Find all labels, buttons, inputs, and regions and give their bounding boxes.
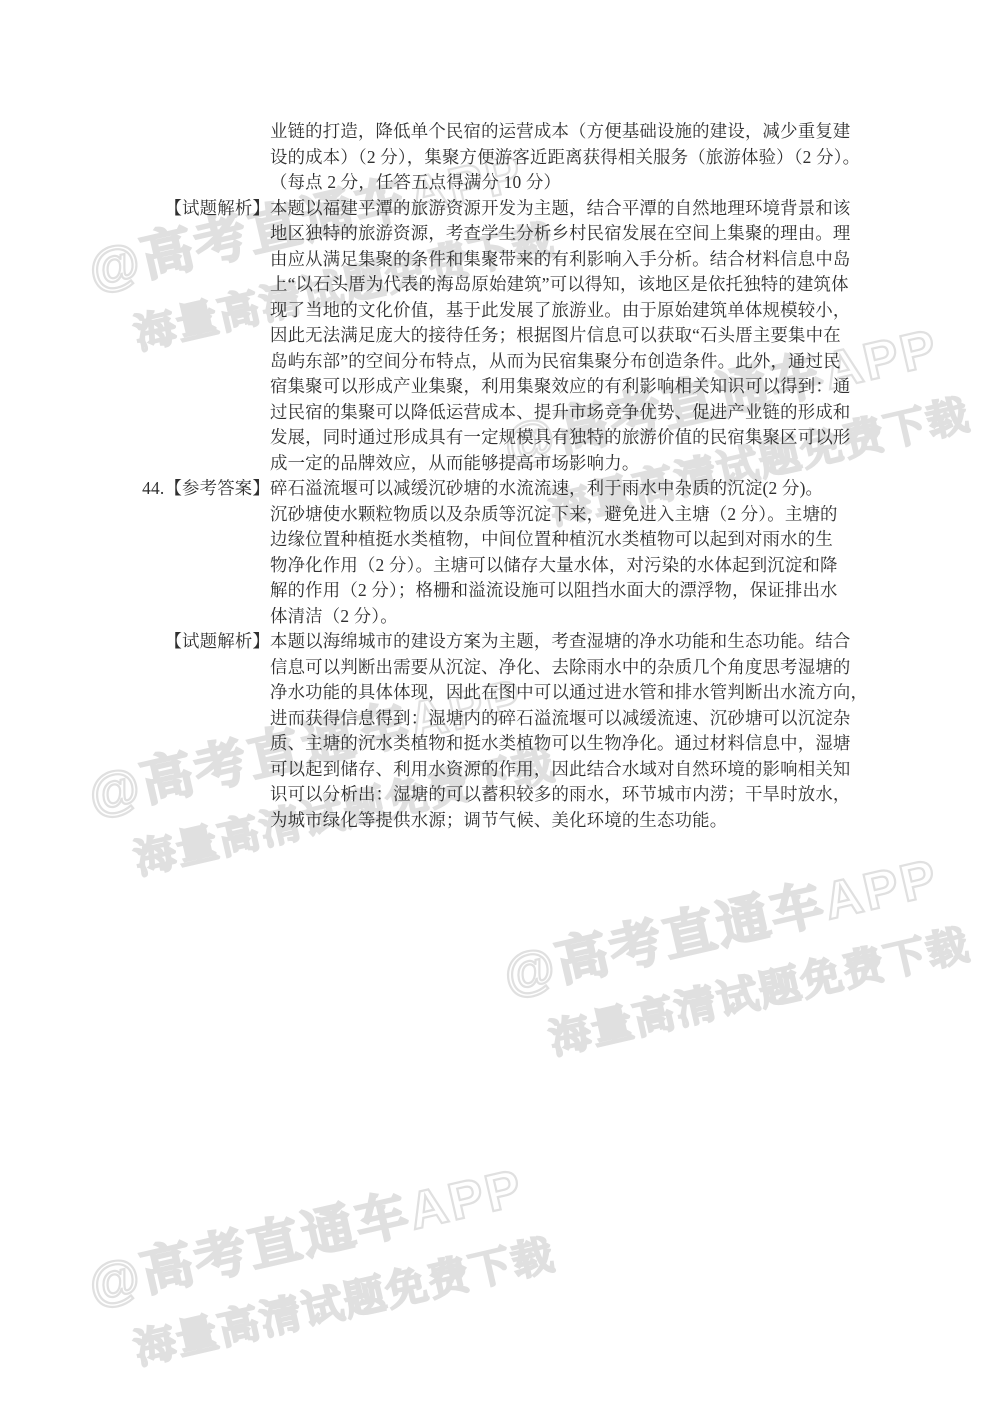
answer-section: 44.【参考答案】碎石溢流堰可以减缓沉砂塘的水流流速，利于雨水中杂质的沉淀(2 … xyxy=(0,476,1000,629)
text-line: 地区独特的旅游资源，考查学生分析乡村民宿发展在空间上集聚的理由。理 xyxy=(270,221,1000,247)
answer-sheet: 业链的打造，降低单个民宿的运营成本（方便基础设施的建设，减少重复建设的成本）（2… xyxy=(0,119,1000,833)
text-line: 设的成本）（2 分），集聚方便游客近距离获得相关服务（旅游体验）（2 分）。 xyxy=(270,145,1000,171)
text-line: 体清洁（2 分）。 xyxy=(270,604,1000,630)
text-line: 由应从满足集聚的条件和集聚带来的有利影响入手分析。结合材料信息中岛 xyxy=(270,247,1000,273)
text-line: 因此无法满足庞大的接待任务；根据图片信息可以获取“石头厝主要集中在 xyxy=(270,323,1000,349)
answer-section: 【试题解析】本题以海绵城市的建设方案为主题，考查湿塘的净水功能和生态功能。结合信… xyxy=(0,629,1000,833)
line-text: 本题以海绵城市的建设方案为主题，考查湿塘的净水功能和生态功能。结合 xyxy=(270,631,851,651)
text-line: 识可以分析出：湿塘的可以蓄积较多的雨水，环节城市内涝；干旱时放水， xyxy=(270,782,1000,808)
watermark: @高考直通车APP海量高清试题免费下载 xyxy=(80,1142,560,1383)
watermark-line2: 海量高清试题免费下载 xyxy=(543,911,975,1065)
text-line: 物净化作用（2 分）。主塘可以储存大量水体，对污染的水体起到沉淀和降 xyxy=(270,553,1000,579)
text-line: 【试题解析】本题以海绵城市的建设方案为主题，考查湿塘的净水功能和生态功能。结合 xyxy=(0,629,1000,655)
text-line: 【试题解析】本题以福建平潭的旅游资源开发为主题，结合平潭的自然地理环境背景和该 xyxy=(0,196,1000,222)
watermark-line1: @高考直通车APP xyxy=(80,1142,545,1319)
section-label: 【试题解析】 xyxy=(0,629,270,655)
text-line: 进而获得信息得到：湿塘内的碎石溢流堰可以减缓流速、沉砂塘可以沉淀杂 xyxy=(270,706,1000,732)
line-text: 碎石溢流堰可以减缓沉砂塘的水流流速，利于雨水中杂质的沉淀(2 分)。 xyxy=(270,478,823,498)
text-line: （每点 2 分，任答五点得满分 10 分） xyxy=(270,170,1000,196)
text-line: 发展，同时通过形成具有一定规模具有独特的旅游价值的民宿集聚区可以形 xyxy=(270,425,1000,451)
line-text: 本题以福建平潭的旅游资源开发为主题，结合平潭的自然地理环境背景和该 xyxy=(270,198,851,218)
text-line: 现了当地的文化价值，基于此发展了旅游业。由于原始建筑单体规模较小， xyxy=(270,298,1000,324)
text-line: 边缘位置种植挺水类植物，中间位置种植沉水类植物可以起到对雨水的生 xyxy=(270,527,1000,553)
text-line: 解的作用（2 分）；格栅和溢流设施可以阻挡水面大的漂浮物，保证排出水 xyxy=(270,578,1000,604)
text-line: 成一定的品牌效应，从而能够提高市场影响力。 xyxy=(270,451,1000,477)
text-line: 岛屿东部”的空间分布特点，从而为民宿集聚分布创造条件。此外，通过民 xyxy=(270,349,1000,375)
text-line: 净水功能的具体体现，因此在图中可以通过进水管和排水管判断出水流方向， xyxy=(270,680,1000,706)
text-line: 上“以石头厝为代表的海岛原始建筑”可以得知，该地区是依托独特的建筑体 xyxy=(270,272,1000,298)
watermark-line1: @高考直通车APP xyxy=(495,832,960,1009)
section-label: 【试题解析】 xyxy=(0,196,270,222)
section-label: 44.【参考答案】 xyxy=(0,476,270,502)
text-line: 业链的打造，降低单个民宿的运营成本（方便基础设施的建设，减少重复建 xyxy=(270,119,1000,145)
text-line: 信息可以判断出需要从沉淀、净化、去除雨水中的杂质几个角度思考湿塘的 xyxy=(270,655,1000,681)
text-line: 宿集聚可以形成产业集聚，利用集聚效应的有利影响相关知识可以得到：通 xyxy=(270,374,1000,400)
text-line: 为城市绿化等提供水源；调节气候、美化环境的生态功能。 xyxy=(270,808,1000,834)
watermark-line2: 海量高清试题免费下载 xyxy=(128,1221,560,1375)
text-line: 过民宿的集聚可以降低运营成本、提升市场竞争优势、促进产业链的形成和 xyxy=(270,400,1000,426)
text-line: 44.【参考答案】碎石溢流堰可以减缓沉砂塘的水流流速，利于雨水中杂质的沉淀(2 … xyxy=(0,476,1000,502)
answer-section: 业链的打造，降低单个民宿的运营成本（方便基础设施的建设，减少重复建设的成本）（2… xyxy=(0,119,1000,196)
scanned-answer-page: @高考直通车APP海量高清试题免费下载@高考直通车APP海量高清试题免费下载@高… xyxy=(0,0,1000,1414)
watermark: @高考直通车APP海量高清试题免费下载 xyxy=(495,832,975,1073)
text-line: 质、主塘的沉水类植物和挺水类植物可以生物净化。通过材料信息中，湿塘 xyxy=(270,731,1000,757)
text-line: 可以起到储存、利用水资源的作用，因此结合水域对自然环境的影响相关知 xyxy=(270,757,1000,783)
answer-section: 【试题解析】本题以福建平潭的旅游资源开发为主题，结合平潭的自然地理环境背景和该地… xyxy=(0,196,1000,477)
text-line: 沉砂塘使水颗粒物质以及杂质等沉淀下来，避免进入主塘（2 分）。主塘的 xyxy=(270,502,1000,528)
